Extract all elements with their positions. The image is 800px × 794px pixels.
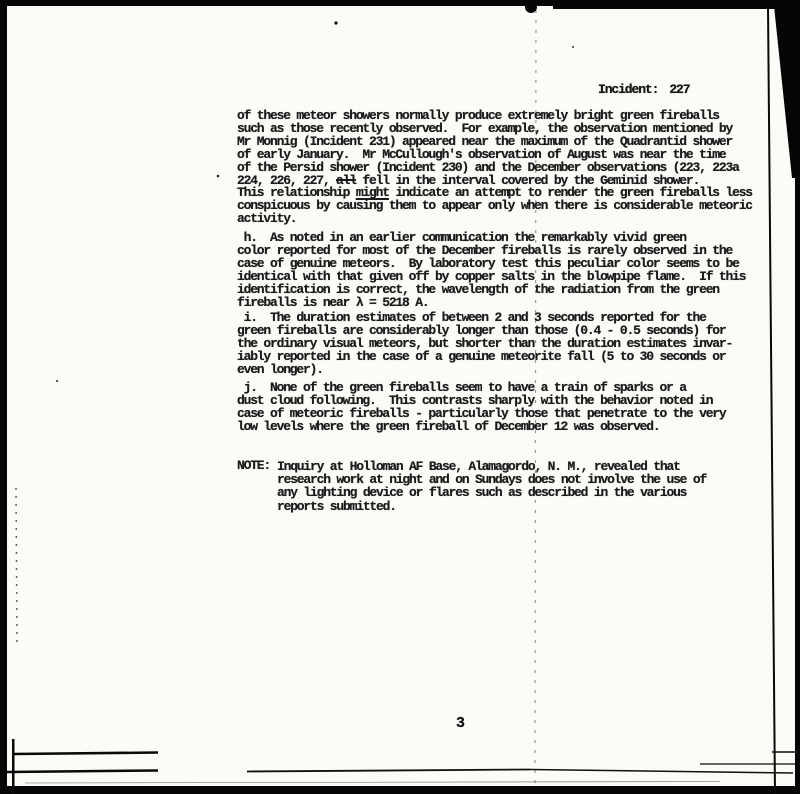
speck-4 bbox=[56, 380, 58, 382]
paragraph-h: h. As noted in an earlier communication … bbox=[237, 232, 745, 309]
paragraph-intro: of these meteor showers normally produce… bbox=[237, 110, 752, 226]
bottom-line-b-left bbox=[7, 771, 158, 773]
top-border-notch bbox=[525, 1, 537, 13]
bottom-line-a bbox=[14, 753, 158, 755]
top-border bbox=[0, 0, 800, 6]
left-dotted-artifact bbox=[16, 488, 17, 642]
paragraph-j: j. None of the green fireballs seem to h… bbox=[237, 382, 726, 434]
bottom-line-faint bbox=[25, 782, 720, 784]
note-text: Inquiry at Holloman AF Base, Alamagordo,… bbox=[277, 460, 706, 513]
bottom-line-b-right bbox=[530, 770, 793, 774]
incident-number: 227 bbox=[669, 82, 689, 97]
page-number: 3 bbox=[456, 715, 464, 732]
top-right-wedge bbox=[774, 6, 800, 178]
speck-1 bbox=[334, 21, 337, 24]
bottom-line-b-mid bbox=[247, 770, 530, 772]
note-block: NOTE: Inquiry at Holloman AF Base, Alama… bbox=[237, 460, 706, 513]
speck-3 bbox=[217, 175, 220, 178]
incident-label: Incident: bbox=[598, 82, 658, 97]
note-label: NOTE: bbox=[237, 460, 277, 473]
right-edge-rule bbox=[768, 6, 775, 794]
paragraph-i: i. The duration estimates of between 2 a… bbox=[237, 312, 732, 377]
incident-header: Incident:227 bbox=[598, 82, 689, 97]
bottom-border bbox=[0, 786, 800, 794]
bottom-left-tick bbox=[12, 739, 15, 794]
right-border bbox=[795, 0, 800, 794]
scanned-document-page: Incident:227 of these meteor showers nor… bbox=[0, 0, 800, 794]
top-border-thick-right bbox=[553, 0, 800, 9]
left-border bbox=[0, 0, 7, 794]
speck-2 bbox=[572, 46, 574, 48]
